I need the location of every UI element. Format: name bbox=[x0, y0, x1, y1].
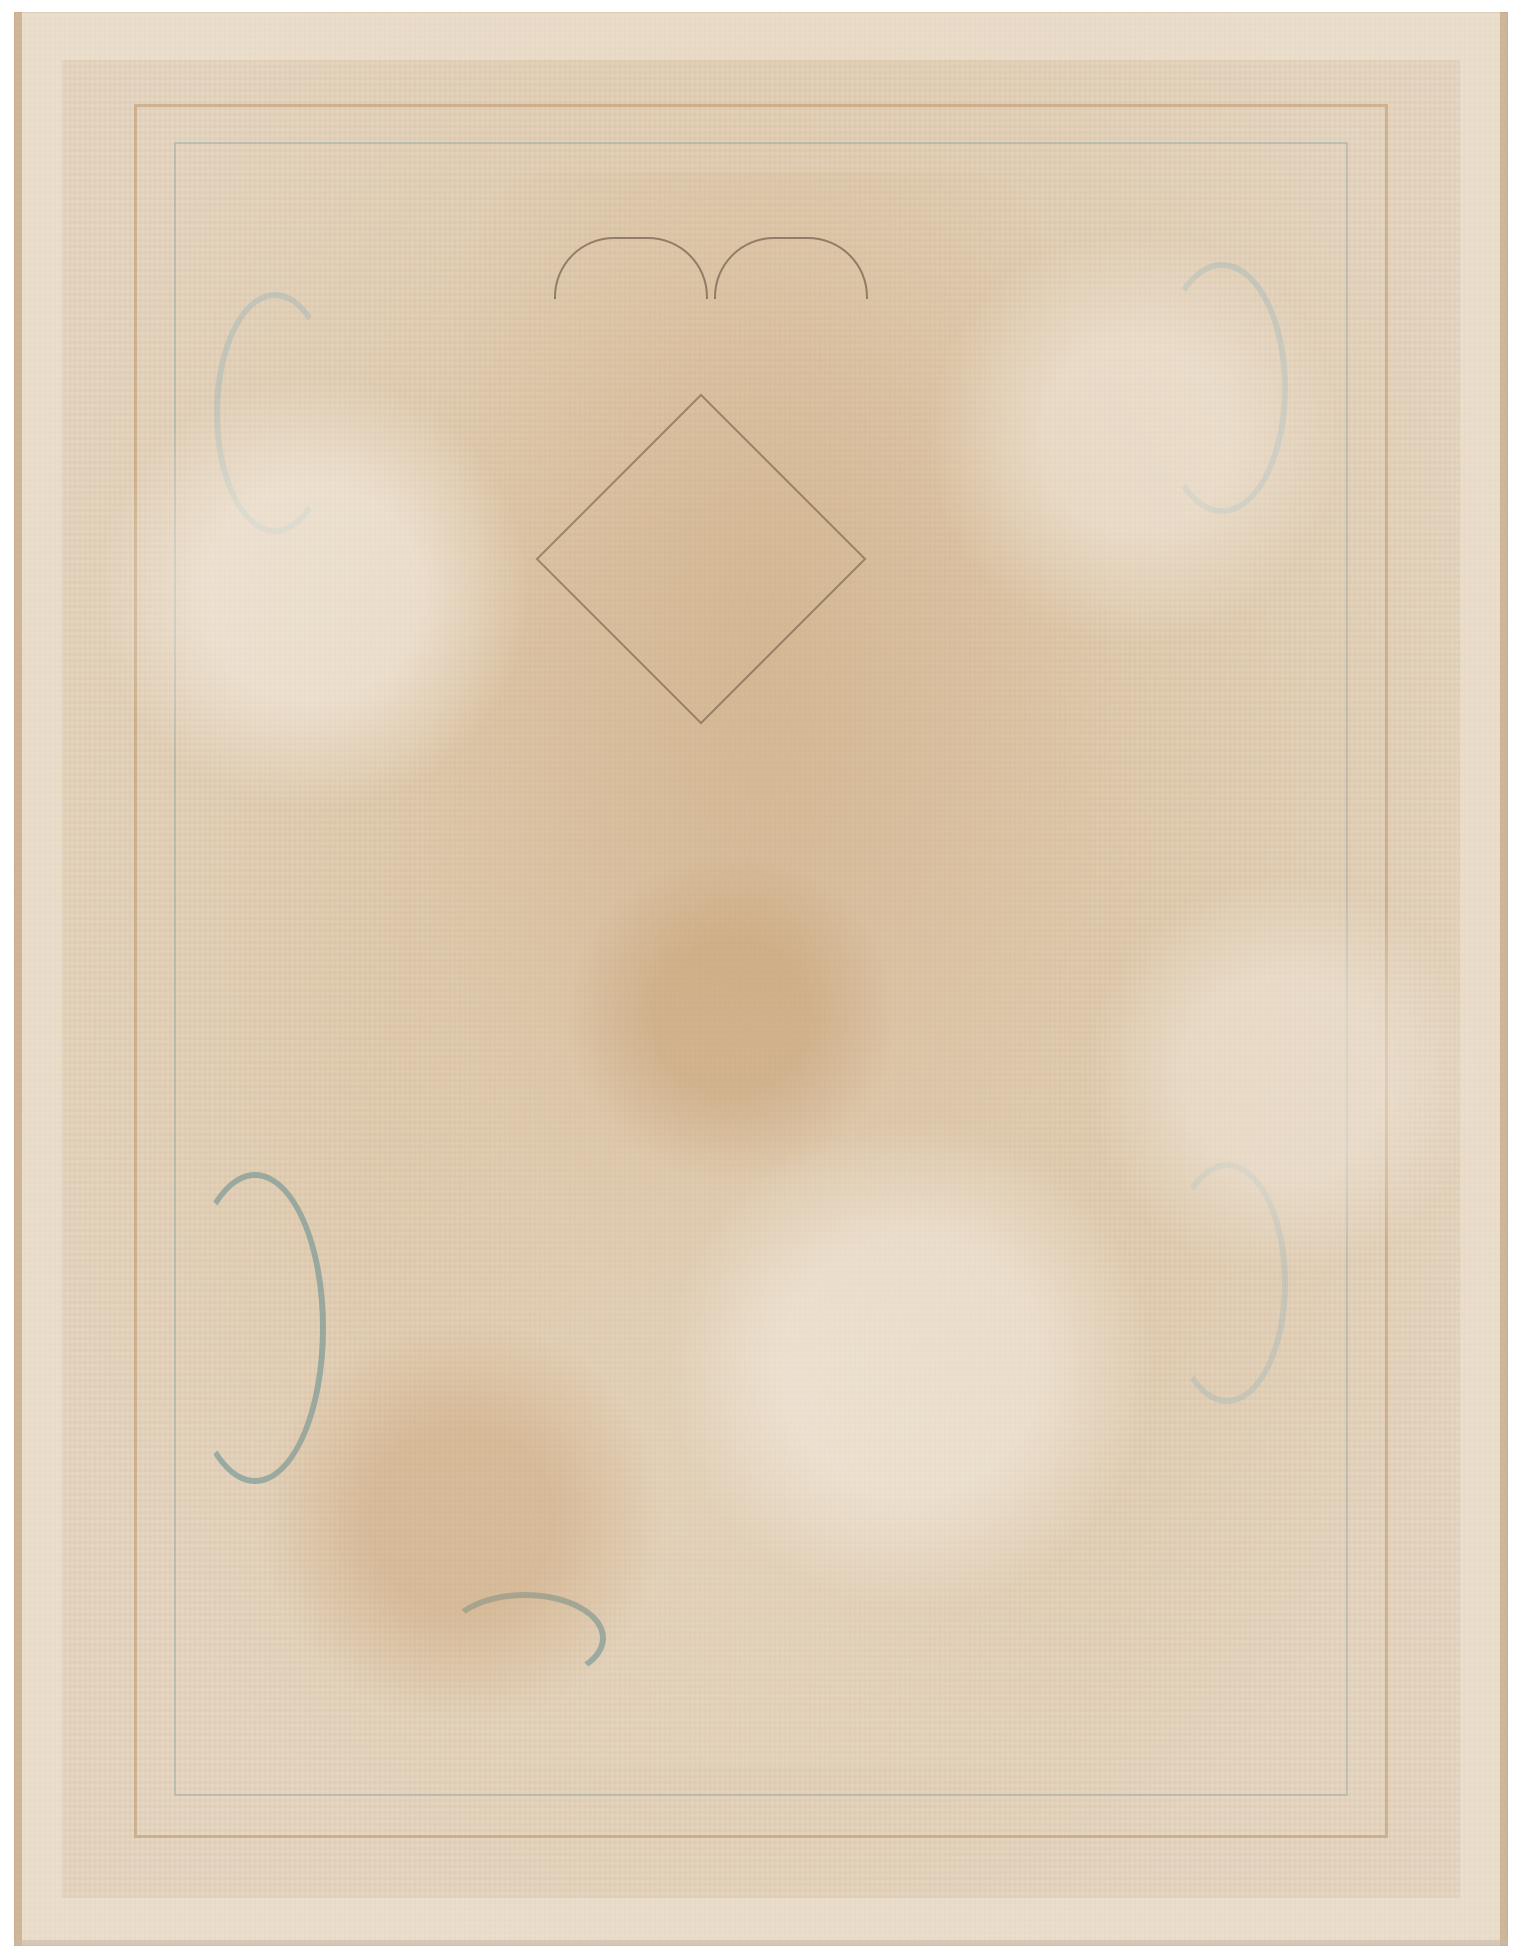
rug-bottom-edge bbox=[14, 1940, 1508, 1946]
teal-corner-motif-top-left bbox=[214, 292, 336, 534]
teal-corner-motif-bottom-left bbox=[184, 1172, 326, 1484]
rug-photo bbox=[14, 12, 1508, 1946]
rug-left-edge bbox=[14, 12, 22, 1946]
rug-right-edge bbox=[1500, 12, 1508, 1946]
teal-motif-bottom bbox=[444, 1592, 606, 1684]
teal-corner-motif-top-right bbox=[1156, 262, 1288, 514]
rug-field bbox=[204, 172, 1318, 1766]
teal-corner-motif-bottom-right bbox=[1166, 1162, 1288, 1404]
